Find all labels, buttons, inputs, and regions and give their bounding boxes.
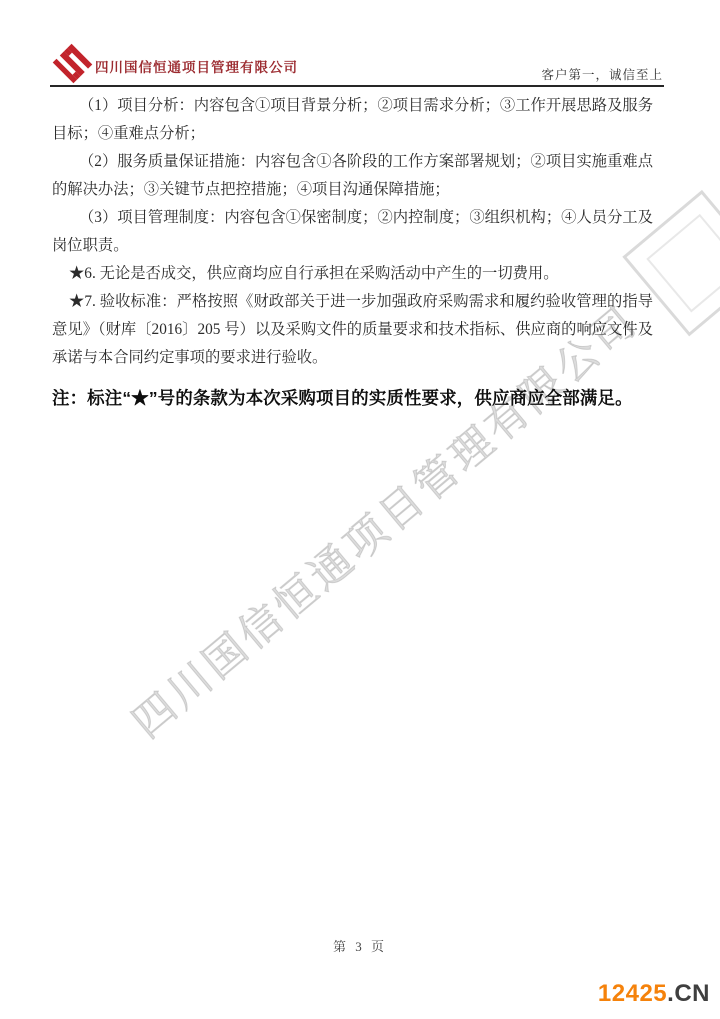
document-page: 四川国信恒通项目管理有限公司 四川国信恒通项目管理有限公司 客户第一，诚信至上 … <box>0 0 720 1019</box>
note-line: 注：标注“★”号的条款为本次采购项目的实质性要求，供应商应全部满足。 <box>52 386 653 410</box>
body-line: 承诺与本合同约定事项的要求进行验收。 <box>52 344 653 372</box>
header-divider <box>50 85 664 87</box>
body-line: （2）服务质量保证措施：内容包含①各阶段的工作方案部署规划；②项目实施重难点 <box>52 148 653 176</box>
header-slogan: 客户第一，诚信至上 <box>541 65 663 83</box>
brand-tld: .CN <box>667 980 710 1007</box>
company-logo-icon <box>49 40 96 87</box>
brand-link[interactable]: 12425.CN <box>598 980 710 1008</box>
body-line-star-6: ★6. 无论是否成交，供应商均应自行承担在采购活动中产生的一切费用。 <box>52 260 653 288</box>
page-number: 第 3 页 <box>0 936 720 955</box>
brand-number: 12425 <box>598 980 667 1007</box>
body-line: 的解决办法；③关键节点把控措施；④项目沟通保障措施； <box>52 176 653 204</box>
body-line: 意见》（财库〔2016〕205 号）以及采购文件的质量要求和技术指标、供应商的响… <box>52 316 653 344</box>
body-line: 目标；④重难点分析； <box>52 120 653 148</box>
body-line-star-7: ★7. 验收标准：严格按照《财政部关于进一步加强政府采购需求和履约验收管理的指导 <box>52 288 653 316</box>
body-line: 岗位职责。 <box>52 232 653 260</box>
body-line: （3）项目管理制度：内容包含①保密制度；②内控制度；③组织机构；④人员分工及 <box>52 204 653 232</box>
company-name: 四川国信恒通项目管理有限公司 <box>95 56 298 76</box>
body-line: （1）项目分析：内容包含①项目背景分析；②项目需求分析；③工作开展思路及服务 <box>52 92 653 120</box>
document-body: （1）项目分析：内容包含①项目背景分析；②项目需求分析；③工作开展思路及服务 目… <box>52 92 653 410</box>
